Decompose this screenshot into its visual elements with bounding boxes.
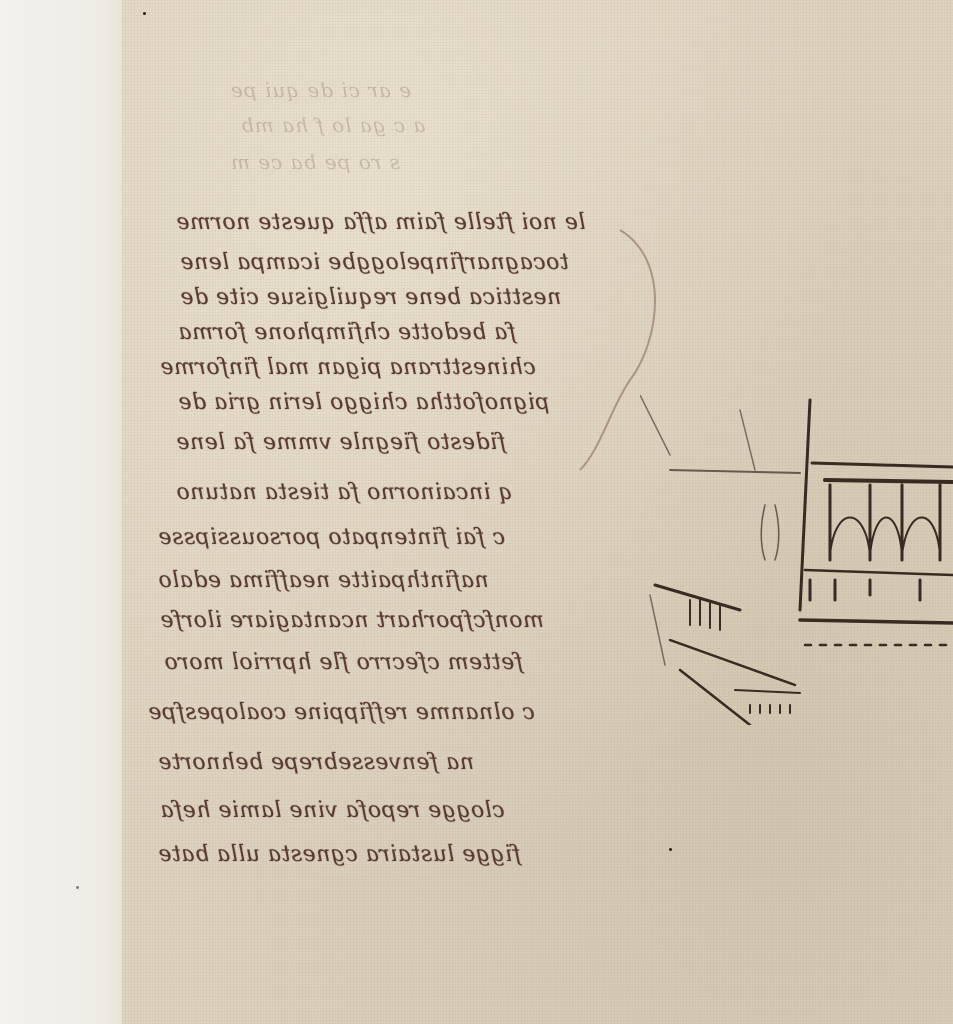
text-line: figge lustaira cgnesta ulla bate (158, 842, 521, 867)
text-line: chinesttrana pigan mal finforme (160, 355, 536, 380)
text-line: monfcfporhart ncantagiare ilorfe (160, 608, 544, 633)
ink-dot (669, 848, 672, 851)
architectural-sketch (640, 395, 953, 725)
text-line: fa bedotte chfimphone forma (178, 320, 516, 345)
ink-dot (76, 886, 79, 889)
text-line: q incainorno fa tiesta natuno (176, 480, 513, 505)
text-line: clogge repofa vine lamie hefa (160, 798, 505, 823)
faint-line: e ar ci de qui pe (230, 78, 411, 102)
ink-dot (143, 12, 146, 15)
text-line: nesttica bene requilgisue cite de (180, 285, 561, 310)
text-line: pignofottha chiggo lerin gria de (178, 390, 550, 415)
text-line: nafinthpaitte neaffima edalo (158, 568, 489, 593)
text-line: le noi ftelle faim affa queste norme (176, 210, 585, 235)
faint-line: a c ga lo f ha mb (240, 113, 425, 137)
text-line: na fenvessebrepe behnorte (158, 750, 474, 775)
text-line: fidesto fiegnle vmme fa lene (176, 430, 506, 455)
text-line: fettem cfecrro fle hprriol moro (164, 650, 523, 675)
text-line: tocagnarfinpeloggbe icampa lene (180, 250, 569, 275)
text-line: c olnanme reffippine coalopesfpe (148, 700, 535, 725)
faint-line: s ro pe ba ce m (230, 150, 400, 174)
white-margin (0, 0, 128, 1024)
text-line: c fai fintenpato porsoussipsse (158, 525, 505, 550)
